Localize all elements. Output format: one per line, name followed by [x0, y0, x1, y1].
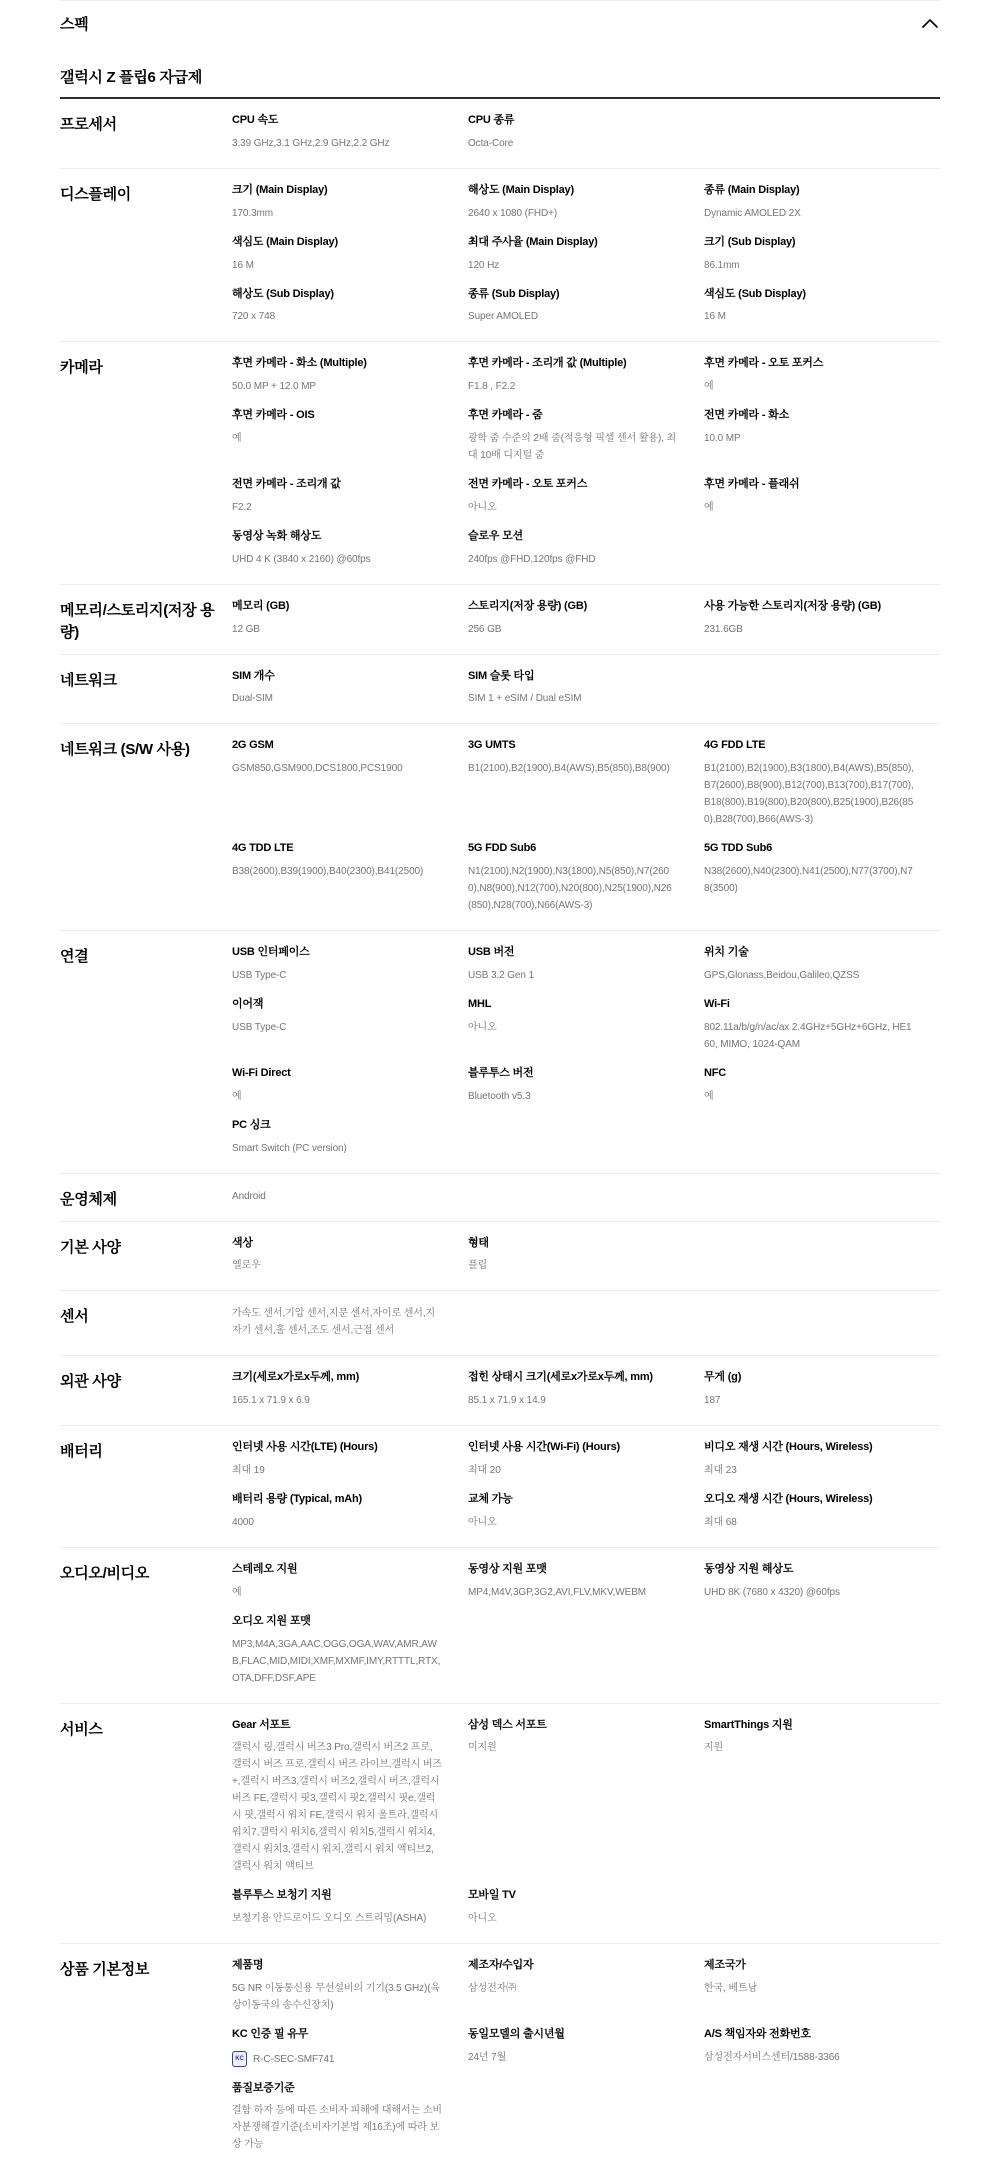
spec-item-label: 후면 카메라 - 줌	[468, 408, 678, 423]
spec-section-row: 메모리/스토리지(저장 용량)메모리 (GB)12 GB스토리지(저장 용량) …	[60, 585, 940, 655]
spec-item-label: 후면 카메라 - OIS	[232, 408, 442, 423]
spec-item-value: 12 GB	[232, 621, 442, 638]
spec-items-grid: 2G GSMGSM850,GSM900,DCS1800,PCS19003G UM…	[232, 738, 940, 927]
spec-item-value: 예	[232, 1584, 442, 1601]
spec-item-label: Gear 서포트	[232, 1718, 442, 1733]
spec-item: 오디오 지원 포맷MP3,M4A,3GA,AAC,OGG,OGA,WAV,AMR…	[232, 1614, 468, 1687]
spec-item: 교체 가능아니오	[468, 1492, 704, 1531]
spec-item-label: 접힌 상태시 크기(세로x가로x두께, mm)	[468, 1370, 678, 1385]
spec-item-label: USB 버전	[468, 945, 678, 960]
spec-item-value: 16 M	[232, 257, 442, 274]
spec-item: 동일모델의 출시년월24년 7월	[468, 2027, 704, 2066]
spec-item: 5G TDD Sub6N38(2600),N40(2300),N41(2500)…	[704, 841, 940, 897]
spec-item: 블루투스 보청기 지원보청기용 안드로이드 오디오 스트리밍(ASHA)	[232, 1888, 468, 1927]
spec-item-label: USB 인터페이스	[232, 945, 442, 960]
spec-item-label: 교체 가능	[468, 1492, 678, 1507]
spec-item-value: 가속도 센서,기압 센서,지문 센서,자이로 센서,지자기 센서,홀 센서,조도…	[232, 1305, 442, 1339]
spec-item: 제조자/수입자삼성전자㈜	[468, 1958, 704, 1997]
spec-item-label: PC 싱크	[232, 1118, 442, 1133]
spec-item-value: GSM850,GSM900,DCS1800,PCS1900	[232, 760, 442, 777]
spec-item: NFC예	[704, 1066, 940, 1105]
spec-item-value: USB Type-C	[232, 967, 442, 984]
spec-category-label: 연결	[60, 945, 232, 1169]
spec-item-label: 동영상 녹화 해상도	[232, 529, 442, 544]
spec-item-value: MP4,M4V,3GP,3G2,AVI,FLV,MKV,WEBM	[468, 1584, 678, 1601]
spec-item: 종류 (Main Display)Dynamic AMOLED 2X	[704, 183, 940, 222]
spec-item-label: 색심도 (Main Display)	[232, 235, 442, 250]
spec-section-row: 카메라후면 카메라 - 화소 (Multiple)50.0 MP + 12.0 …	[60, 342, 940, 584]
spec-item-value: 86.1mm	[704, 257, 914, 274]
spec-item: 크기 (Main Display)170.3mm	[232, 183, 468, 222]
spec-item-value: 16 M	[704, 308, 914, 325]
spec-item: 색심도 (Sub Display)16 M	[704, 287, 940, 326]
spec-item-label: 전면 카메라 - 오토 포커스	[468, 477, 678, 492]
spec-item: 스토리지(저장 용량) (GB)256 GB	[468, 599, 704, 638]
spec-item: 오디오 재생 시간 (Hours, Wireless)최대 68	[704, 1492, 940, 1531]
spec-item-value: Dual-SIM	[232, 690, 442, 707]
spec-item-label: 제품명	[232, 1958, 442, 1973]
spec-items-grid: SIM 개수Dual-SIMSIM 슬롯 타입SIM 1 + eSIM / Du…	[232, 669, 940, 721]
spec-section-row: 배터리인터넷 사용 시간(LTE) (Hours)최대 19인터넷 사용 시간(…	[60, 1426, 940, 1548]
spec-page: 스펙 갤럭시 Z 플립6 자급제 프로세서CPU 속도3.39 GHz,3.1 …	[60, 0, 940, 2169]
spec-item: 후면 카메라 - OIS예	[232, 408, 468, 447]
spec-item: PC 싱크Smart Switch (PC version)	[232, 1118, 468, 1157]
spec-item: 가속도 센서,기압 센서,지문 센서,자이로 센서,지자기 센서,홀 센서,조도…	[232, 1305, 468, 1339]
spec-category-label: 프로세서	[60, 113, 232, 165]
spec-item-label: 블루투스 보청기 지원	[232, 1888, 442, 1903]
spec-section-row: 서비스Gear 서포트갤럭시 링,갤럭시 버즈3 Pro,갤럭시 버즈2 프로,…	[60, 1704, 940, 1945]
spec-item-label: 종류 (Sub Display)	[468, 287, 678, 302]
spec-item: 동영상 지원 해상도UHD 8K (7680 x 4320) @60fps	[704, 1562, 940, 1601]
spec-item-value: 아니오	[468, 1019, 678, 1036]
spec-item-value: 5G NR 이동통신용 무선설비의 기기(3.5 GHz)(육상이동국의 송수신…	[232, 1980, 442, 2014]
spec-item-label: 사용 가능한 스토리지(저장 용량) (GB)	[704, 599, 914, 614]
spec-item-label: 위치 기술	[704, 945, 914, 960]
spec-item: 해상도 (Main Display)2640 x 1080 (FHD+)	[468, 183, 704, 222]
spec-items-grid: 스테레오 지원예동영상 지원 포맷MP4,M4V,3GP,3G2,AVI,FLV…	[232, 1562, 940, 1700]
spec-item: 크기 (Sub Display)86.1mm	[704, 235, 940, 274]
spec-item-label: 제조자/수입자	[468, 1958, 678, 1973]
spec-section-row: 프로세서CPU 속도3.39 GHz,3.1 GHz,2.9 GHz,2.2 G…	[60, 99, 940, 169]
spec-item: 메모리 (GB)12 GB	[232, 599, 468, 638]
spec-item-label: 품질보증기준	[232, 2081, 442, 2096]
spec-item-value: 802.11a/b/g/n/ac/ax 2.4GHz+5GHz+6GHz, HE…	[704, 1019, 914, 1053]
spec-item: 4G TDD LTEB38(2600),B39(1900),B40(2300),…	[232, 841, 468, 880]
spec-item-value: 삼성전자서비스센터/1588-3366	[704, 2049, 914, 2066]
spec-item-label: 후면 카메라 - 화소 (Multiple)	[232, 356, 442, 371]
spec-item-label: 전면 카메라 - 화소	[704, 408, 914, 423]
spec-item-label: 2G GSM	[232, 738, 442, 753]
spec-category-label: 센서	[60, 1305, 232, 1352]
spec-item: 전면 카메라 - 화소10.0 MP	[704, 408, 940, 447]
spec-item-label: 색상	[232, 1236, 442, 1251]
spec-item-value: 170.3mm	[232, 205, 442, 222]
spec-item-value: MP3,M4A,3GA,AAC,OGG,OGA,WAV,AMR,AWB,FLAC…	[232, 1636, 442, 1687]
spec-item-value: B38(2600),B39(1900),B40(2300),B41(2500)	[232, 863, 442, 880]
spec-item-label: 후면 카메라 - 플래쉬	[704, 477, 914, 492]
spec-item-value: 아니오	[468, 1910, 678, 1927]
spec-section-row: 네트워크SIM 개수Dual-SIMSIM 슬롯 타입SIM 1 + eSIM …	[60, 655, 940, 725]
spec-category-label: 네트워크 (S/W 사용)	[60, 738, 232, 927]
spec-category-label: 오디오/비디오	[60, 1562, 232, 1700]
spec-item-label: CPU 속도	[232, 113, 442, 128]
spec-item-value: SIM 1 + eSIM / Dual eSIM	[468, 690, 678, 707]
spec-item-value: Octa-Core	[468, 135, 678, 152]
spec-item-label: 크기 (Sub Display)	[704, 235, 914, 250]
spec-items-grid: 후면 카메라 - 화소 (Multiple)50.0 MP + 12.0 MP후…	[232, 356, 940, 580]
spec-item-label: MHL	[468, 997, 678, 1012]
spec-item-label: NFC	[704, 1066, 914, 1081]
spec-item-value: B1(2100),B2(1900),B3(1800),B4(AWS),B5(85…	[704, 760, 914, 828]
spec-item-value: Android	[232, 1188, 442, 1205]
spec-item: 인터넷 사용 시간(LTE) (Hours)최대 19	[232, 1440, 468, 1479]
spec-item-label: SmartThings 지원	[704, 1718, 914, 1733]
spec-item: 5G FDD Sub6N1(2100),N2(1900),N3(1800),N5…	[468, 841, 704, 914]
spec-item: 제조국가한국, 베트남	[704, 1958, 940, 1997]
spec-item: A/S 책임자와 전화번호삼성전자서비스센터/1588-3366	[704, 2027, 940, 2066]
spec-item-value: UHD 8K (7680 x 4320) @60fps	[704, 1584, 914, 1601]
spec-item: 모바일 TV아니오	[468, 1888, 704, 1927]
spec-item: Android	[232, 1188, 468, 1205]
spec-item-value: GPS,Glonass,Beidou,Galileo,QZSS	[704, 967, 914, 984]
spec-category-label: 카메라	[60, 356, 232, 580]
spec-item-label: SIM 슬롯 타입	[468, 669, 678, 684]
spec-item-value: 85.1 x 71.9 x 14.9	[468, 1392, 678, 1409]
spec-item-value: 아니오	[468, 499, 678, 516]
spec-item: MHL아니오	[468, 997, 704, 1036]
spec-item-label: 후면 카메라 - 조리개 값 (Multiple)	[468, 356, 678, 371]
spec-item-value: Smart Switch (PC version)	[232, 1140, 442, 1157]
spec-item: 크기(세로x가로x두께, mm)165.1 x 71.9 x 6.9	[232, 1370, 468, 1409]
spec-items-grid: Android	[232, 1188, 940, 1218]
spec-category-label: 운영체제	[60, 1188, 232, 1218]
spec-item-label: 형태	[468, 1236, 678, 1251]
spec-item: 배터리 용량 (Typical, mAh)4000	[232, 1492, 468, 1531]
spec-item-value: 50.0 MP + 12.0 MP	[232, 378, 442, 395]
spec-item-label: 이어잭	[232, 997, 442, 1012]
spec-category-label: 디스플레이	[60, 183, 232, 339]
spec-item: 형태플립	[468, 1236, 704, 1275]
spec-item-value: 예	[704, 378, 914, 395]
spec-item: 색심도 (Main Display)16 M	[232, 235, 468, 274]
spec-item-label: 전면 카메라 - 조리개 값	[232, 477, 442, 492]
spec-item: 삼성 덱스 서포트미지원	[468, 1718, 704, 1757]
spec-item: 동영상 녹화 해상도UHD 4 K (3840 x 2160) @60fps	[232, 529, 468, 568]
spec-item: Wi-Fi802.11a/b/g/n/ac/ax 2.4GHz+5GHz+6GH…	[704, 997, 940, 1053]
spec-item: 접힌 상태시 크기(세로x가로x두께, mm)85.1 x 71.9 x 14.…	[468, 1370, 704, 1409]
spec-item: 전면 카메라 - 조리개 값F2.2	[232, 477, 468, 516]
spec-item-label: SIM 개수	[232, 669, 442, 684]
spec-item: CPU 종류Octa-Core	[468, 113, 704, 152]
spec-item-label: 동영상 지원 해상도	[704, 1562, 914, 1577]
spec-item-value: 플립	[468, 1257, 678, 1274]
spec-item-value: 3.39 GHz,3.1 GHz,2.9 GHz,2.2 GHz	[232, 135, 442, 152]
spec-item: 4G FDD LTEB1(2100),B2(1900),B3(1800),B4(…	[704, 738, 940, 828]
spec-item-value: 결함 하자 등에 따른 소비자 피해에 대해서는 소비자분쟁해결기준(소비자기본…	[232, 2102, 442, 2153]
spec-item-label: 스토리지(저장 용량) (GB)	[468, 599, 678, 614]
spec-item-label: CPU 종류	[468, 113, 678, 128]
spec-item-value: 187	[704, 1392, 914, 1409]
spec-item: KC 인증 필 유무KCR-C-SEC-SMF741	[232, 2027, 468, 2067]
spec-items-grid: USB 인터페이스USB Type-CUSB 버전USB 3.2 Gen 1위치…	[232, 945, 940, 1169]
spec-item-label: 제조국가	[704, 1958, 914, 1973]
spec-item-label: 오디오 재생 시간 (Hours, Wireless)	[704, 1492, 914, 1507]
spec-items-grid: 제품명5G NR 이동통신용 무선설비의 기기(3.5 GHz)(육상이동국의 …	[232, 1958, 940, 2166]
spec-item-label: 블루투스 버전	[468, 1066, 678, 1081]
spec-item-label: 오디오 지원 포맷	[232, 1614, 442, 1629]
spec-item: SmartThings 지원지원	[704, 1718, 940, 1757]
spec-item: 후면 카메라 - 화소 (Multiple)50.0 MP + 12.0 MP	[232, 356, 468, 395]
spec-item-value-text: R-C-SEC-SMF741	[253, 2051, 334, 2068]
spec-item: 후면 카메라 - 플래쉬예	[704, 477, 940, 516]
spec-table: 프로세서CPU 속도3.39 GHz,3.1 GHz,2.9 GHz,2.2 G…	[60, 99, 940, 2169]
spec-item: 슬로우 모션240fps @FHD,120fps @FHD	[468, 529, 704, 568]
spec-item-value: 최대 68	[704, 1514, 914, 1531]
spec-item-label: 색심도 (Sub Display)	[704, 287, 914, 302]
spec-item-label: 5G TDD Sub6	[704, 841, 914, 856]
spec-item-value: 231.6GB	[704, 621, 914, 638]
spec-item-value: 한국, 베트남	[704, 1980, 914, 1997]
spec-item-value: 옐로우	[232, 1257, 442, 1274]
spec-section-row: 디스플레이크기 (Main Display)170.3mm해상도 (Main D…	[60, 169, 940, 343]
spec-item: 후면 카메라 - 오토 포커스예	[704, 356, 940, 395]
spec-item-value: USB Type-C	[232, 1019, 442, 1036]
spec-item: USB 인터페이스USB Type-C	[232, 945, 468, 984]
spec-item: 사용 가능한 스토리지(저장 용량) (GB)231.6GB	[704, 599, 940, 638]
spec-category-label: 상품 기본정보	[60, 1958, 232, 2166]
spec-item-label: 종류 (Main Display)	[704, 183, 914, 198]
spec-item-label: 3G UMTS	[468, 738, 678, 753]
spec-category-label: 외관 사양	[60, 1370, 232, 1422]
spec-item: 3G UMTSB1(2100),B2(1900),B4(AWS),B5(850)…	[468, 738, 704, 777]
spec-item-label: 메모리 (GB)	[232, 599, 442, 614]
spec-item: 동영상 지원 포맷MP4,M4V,3GP,3G2,AVI,FLV,MKV,WEB…	[468, 1562, 704, 1601]
spec-item: SIM 슬롯 타입SIM 1 + eSIM / Dual eSIM	[468, 669, 704, 708]
spec-items-grid: 가속도 센서,기압 센서,지문 센서,자이로 센서,지자기 센서,홀 센서,조도…	[232, 1305, 940, 1352]
spec-item-value: 256 GB	[468, 621, 678, 638]
spec-item-label: 동영상 지원 포맷	[468, 1562, 678, 1577]
kc-certification-icon: KC	[232, 2051, 247, 2067]
spec-item: USB 버전USB 3.2 Gen 1	[468, 945, 704, 984]
spec-item-label: 스테레오 지원	[232, 1562, 442, 1577]
spec-item: 제품명5G NR 이동통신용 무선설비의 기기(3.5 GHz)(육상이동국의 …	[232, 1958, 468, 2014]
spec-item-label: 삼성 덱스 서포트	[468, 1718, 678, 1733]
spec-items-grid: 메모리 (GB)12 GB스토리지(저장 용량) (GB)256 GB사용 가능…	[232, 599, 940, 651]
spec-item-value: 미지원	[468, 1739, 678, 1756]
spec-item-value: 예	[232, 1088, 442, 1105]
spec-item: CPU 속도3.39 GHz,3.1 GHz,2.9 GHz,2.2 GHz	[232, 113, 468, 152]
spec-item-value: 165.1 x 71.9 x 6.9	[232, 1392, 442, 1409]
spec-item: 위치 기술GPS,Glonass,Beidou,Galileo,QZSS	[704, 945, 940, 984]
spec-item-value: 예	[704, 1088, 914, 1105]
spec-item-value: F1.8 , F2.2	[468, 378, 678, 395]
spec-item: 인터넷 사용 시간(Wi-Fi) (Hours)최대 20	[468, 1440, 704, 1479]
spec-section-row: 네트워크 (S/W 사용)2G GSMGSM850,GSM900,DCS1800…	[60, 724, 940, 931]
spec-section-row: 상품 기본정보제품명5G NR 이동통신용 무선설비의 기기(3.5 GHz)(…	[60, 1944, 940, 2169]
spec-item-label: 해상도 (Sub Display)	[232, 287, 442, 302]
product-title: 갤럭시 Z 플립6 자급제	[60, 44, 940, 99]
spec-item: 색상옐로우	[232, 1236, 468, 1275]
spec-item: 품질보증기준결함 하자 등에 따른 소비자 피해에 대해서는 소비자분쟁해결기준…	[232, 2081, 468, 2154]
spec-item-label: 최대 주사율 (Main Display)	[468, 235, 678, 250]
spec-item-label: A/S 책임자와 전화번호	[704, 2027, 914, 2042]
spec-item: 스테레오 지원예	[232, 1562, 468, 1601]
spec-item: 블루투스 버전Bluetooth v5.3	[468, 1066, 704, 1105]
spec-item-value: 광학 줌 수준의 2배 줌(적응형 픽셀 센서 활용), 최대 10배 디지털 …	[468, 430, 678, 464]
spec-accordion-header[interactable]: 스펙	[60, 0, 940, 44]
spec-section-row: 외관 사양크기(세로x가로x두께, mm)165.1 x 71.9 x 6.9접…	[60, 1356, 940, 1426]
spec-item-label: 동일모델의 출시년월	[468, 2027, 678, 2042]
spec-item: 비디오 재생 시간 (Hours, Wireless)최대 23	[704, 1440, 940, 1479]
spec-item-value: 예	[704, 499, 914, 516]
spec-item-value: F2.2	[232, 499, 442, 516]
spec-item-value: 갤럭시 링,갤럭시 버즈3 Pro,갤럭시 버즈2 프로,갤럭시 버즈 프로,갤…	[232, 1739, 442, 1875]
spec-section-row: 기본 사양색상옐로우형태플립	[60, 1222, 940, 1292]
spec-items-grid: 크기(세로x가로x두께, mm)165.1 x 71.9 x 6.9접힌 상태시…	[232, 1370, 940, 1422]
spec-item: 전면 카메라 - 오토 포커스아니오	[468, 477, 704, 516]
spec-item-value: 120 Hz	[468, 257, 678, 274]
spec-item-label: 해상도 (Main Display)	[468, 183, 678, 198]
spec-item-label: 5G FDD Sub6	[468, 841, 678, 856]
spec-category-label: 기본 사양	[60, 1236, 232, 1288]
spec-item: Gear 서포트갤럭시 링,갤럭시 버즈3 Pro,갤럭시 버즈2 프로,갤럭시…	[232, 1718, 468, 1876]
spec-item: 이어잭USB Type-C	[232, 997, 468, 1036]
spec-items-grid: CPU 속도3.39 GHz,3.1 GHz,2.9 GHz,2.2 GHzCP…	[232, 113, 940, 165]
spec-item-value: 2640 x 1080 (FHD+)	[468, 205, 678, 222]
spec-item-value: 지원	[704, 1739, 914, 1756]
spec-item-label: 4G TDD LTE	[232, 841, 442, 856]
spec-item: SIM 개수Dual-SIM	[232, 669, 468, 708]
spec-item-label: 후면 카메라 - 오토 포커스	[704, 356, 914, 371]
spec-item-value: 예	[232, 430, 442, 447]
spec-item: 후면 카메라 - 조리개 값 (Multiple)F1.8 , F2.2	[468, 356, 704, 395]
spec-item-label: 모바일 TV	[468, 1888, 678, 1903]
spec-item-value: 10.0 MP	[704, 430, 914, 447]
spec-item: 후면 카메라 - 줌광학 줌 수준의 2배 줌(적응형 픽셀 센서 활용), 최…	[468, 408, 704, 464]
spec-category-label: 서비스	[60, 1718, 232, 1941]
spec-accordion-title: 스펙	[60, 13, 88, 34]
spec-item-label: 인터넷 사용 시간(LTE) (Hours)	[232, 1440, 442, 1455]
spec-item: 최대 주사율 (Main Display)120 Hz	[468, 235, 704, 274]
spec-section-row: 센서가속도 센서,기압 센서,지문 센서,자이로 센서,지자기 센서,홀 센서,…	[60, 1291, 940, 1356]
spec-item: Wi-Fi Direct예	[232, 1066, 468, 1105]
spec-category-label: 네트워크	[60, 669, 232, 721]
spec-item-value: 최대 20	[468, 1462, 678, 1479]
spec-item-value: 삼성전자㈜	[468, 1980, 678, 1997]
spec-item-value: Dynamic AMOLED 2X	[704, 205, 914, 222]
spec-category-label: 메모리/스토리지(저장 용량)	[60, 599, 232, 651]
spec-item-label: 무게 (g)	[704, 1370, 914, 1385]
spec-item-label: KC 인증 필 유무	[232, 2027, 442, 2042]
spec-item-value: 최대 19	[232, 1462, 442, 1479]
spec-item-label: Wi-Fi	[704, 997, 914, 1012]
spec-section-row: 연결USB 인터페이스USB Type-CUSB 버전USB 3.2 Gen 1…	[60, 931, 940, 1173]
spec-item-label: 비디오 재생 시간 (Hours, Wireless)	[704, 1440, 914, 1455]
spec-item: 종류 (Sub Display)Super AMOLED	[468, 287, 704, 326]
spec-item-label: 크기(세로x가로x두께, mm)	[232, 1370, 442, 1385]
spec-items-grid: 크기 (Main Display)170.3mm해상도 (Main Displa…	[232, 183, 940, 339]
spec-item-value: N1(2100),N2(1900),N3(1800),N5(850),N7(26…	[468, 863, 678, 914]
spec-item-value: 240fps @FHD,120fps @FHD	[468, 551, 678, 568]
spec-item: 2G GSMGSM850,GSM900,DCS1800,PCS1900	[232, 738, 468, 777]
spec-item-value: Super AMOLED	[468, 308, 678, 325]
spec-item-value: 4000	[232, 1514, 442, 1531]
spec-item-label: 배터리 용량 (Typical, mAh)	[232, 1492, 442, 1507]
spec-item-value: USB 3.2 Gen 1	[468, 967, 678, 984]
spec-item-value: 보청기용 안드로이드 오디오 스트리밍(ASHA)	[232, 1910, 442, 1927]
spec-item-value: 720 x 748	[232, 308, 442, 325]
spec-items-grid: 인터넷 사용 시간(LTE) (Hours)최대 19인터넷 사용 시간(Wi-…	[232, 1440, 940, 1544]
spec-item-value: KCR-C-SEC-SMF741	[232, 2049, 442, 2068]
spec-item: 무게 (g)187	[704, 1370, 940, 1409]
spec-item-value: Bluetooth v5.3	[468, 1088, 678, 1105]
spec-item-label: 크기 (Main Display)	[232, 183, 442, 198]
spec-category-label: 배터리	[60, 1440, 232, 1544]
spec-item-value: 최대 23	[704, 1462, 914, 1479]
spec-item: 해상도 (Sub Display)720 x 748	[232, 287, 468, 326]
spec-item-value: 아니오	[468, 1514, 678, 1531]
spec-item-value: UHD 4 K (3840 x 2160) @60fps	[232, 551, 442, 568]
spec-item-label: 슬로우 모션	[468, 529, 678, 544]
spec-item-label: Wi-Fi Direct	[232, 1066, 442, 1081]
spec-item-label: 4G FDD LTE	[704, 738, 914, 753]
chevron-up-icon[interactable]	[922, 19, 938, 28]
spec-item-value: 24년 7월	[468, 2049, 678, 2066]
spec-items-grid: Gear 서포트갤럭시 링,갤럭시 버즈3 Pro,갤럭시 버즈2 프로,갤럭시…	[232, 1718, 940, 1941]
spec-item-value: B1(2100),B2(1900),B4(AWS),B5(850),B8(900…	[468, 760, 678, 777]
spec-item-label: 인터넷 사용 시간(Wi-Fi) (Hours)	[468, 1440, 678, 1455]
spec-item-value: N38(2600),N40(2300),N41(2500),N77(3700),…	[704, 863, 914, 897]
spec-items-grid: 색상옐로우형태플립	[232, 1236, 940, 1288]
spec-section-row: 오디오/비디오스테레오 지원예동영상 지원 포맷MP4,M4V,3GP,3G2,…	[60, 1548, 940, 1704]
spec-section-row: 운영체제Android	[60, 1174, 940, 1222]
